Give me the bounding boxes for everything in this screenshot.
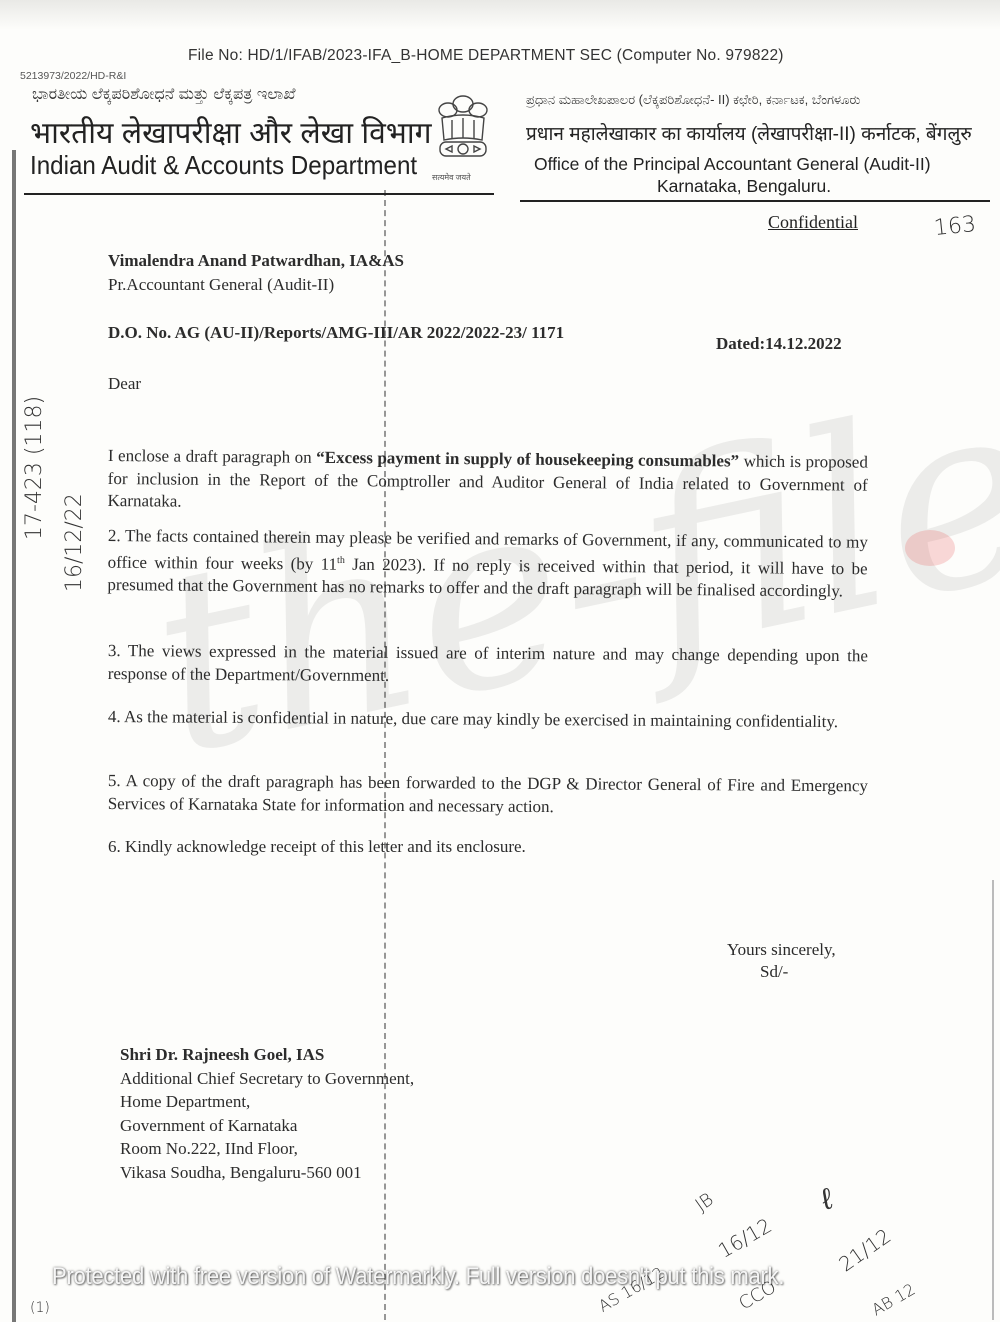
addressee-block: Shri Dr. Rajneesh Goel, IAS Additional C… bbox=[120, 1043, 414, 1184]
closing: Yours sincerely, bbox=[727, 940, 836, 960]
salutation: Dear bbox=[108, 374, 141, 394]
file-number: File No: HD/1/IFAB/2023-IFA_B-HOME DEPAR… bbox=[188, 47, 784, 65]
emblem-motto: सत्यमेव जयते bbox=[432, 172, 471, 183]
scan-right-edge bbox=[992, 880, 994, 1320]
office-city: Karnataka, Bengaluru. bbox=[657, 176, 831, 197]
handwritten-date: 21/12 bbox=[834, 1224, 895, 1277]
handwritten-initial: JB bbox=[692, 1189, 718, 1216]
addressee-line: Additional Chief Secretary to Government… bbox=[120, 1067, 414, 1091]
office-name-kannada: ಪ್ರಧಾನ ಮಹಾಲೇಖಪಾಲರ (ಲೆಕ್ಕಪರಿಶೋಧನೆ- II) ಕಛ… bbox=[526, 92, 860, 108]
office-name-hindi: प्रधान महालेखाकार का कार्यालय (लेखापरीक्… bbox=[526, 120, 972, 146]
department-name-kannada: ಭಾರತೀಯ ಲೆಕ್ಕಪರಿಶೋಧನೆ ಮತ್ತು ಲೆಕ್ಕಪತ್ರ ಇಲಾ… bbox=[32, 86, 296, 104]
handwritten-note: AB 12 bbox=[868, 1280, 918, 1320]
paragraph-2: 2. The facts contained therein may pleas… bbox=[107, 525, 868, 603]
department-name-hindi: भारतीय लेखापरीक्षा और लेखा विभाग bbox=[30, 111, 432, 152]
watermark-dot bbox=[905, 530, 955, 566]
office-name-english: Office of the Principal Accountant Gener… bbox=[534, 154, 931, 175]
sender-title: Pr.Accountant General (Audit-II) bbox=[108, 275, 334, 295]
signature: Sd/- bbox=[760, 962, 788, 982]
handwritten-margin-note: 17-423 (118) bbox=[22, 396, 47, 540]
addressee-line: Home Department, bbox=[120, 1090, 414, 1114]
handwritten-page-number: 163 bbox=[933, 212, 977, 241]
addressee-line: Vikasa Soudha, Bengaluru-560 001 bbox=[120, 1161, 414, 1185]
scan-left-edge bbox=[12, 150, 16, 1322]
do-number: D.O. No. AG (AU-II)/Reports/AMG-III/AR 2… bbox=[108, 323, 564, 343]
header-rule-left bbox=[24, 193, 494, 195]
handwritten-initial: ℓ bbox=[819, 1181, 835, 1217]
paragraph-3: 3. The views expressed in the material i… bbox=[108, 640, 868, 690]
handwritten-margin-date: 16/12/22 bbox=[62, 493, 87, 592]
addressee-line: Room No.222, IInd Floor, bbox=[120, 1137, 414, 1161]
handwritten-date: 16/12 bbox=[714, 1213, 776, 1263]
classification-label: Confidential bbox=[768, 212, 858, 233]
department-name-english: Indian Audit & Accounts Department bbox=[30, 150, 417, 181]
paragraph-1: I enclose a draft paragraph on “Excess p… bbox=[107, 445, 868, 519]
paragraph-5: 5. A copy of the draft paragraph has bee… bbox=[108, 770, 868, 820]
footer-watermark: Protected with free version of Watermark… bbox=[52, 1263, 784, 1291]
addressee-line: Government of Karnataka bbox=[120, 1114, 414, 1138]
handwritten-circle-number: (1) bbox=[30, 1300, 50, 1316]
header-rule-right bbox=[520, 200, 990, 202]
paragraph-subject: “Excess payment in supply of housekeepin… bbox=[316, 448, 739, 471]
inward-number: 5213973/2022/HD-R&I bbox=[20, 70, 126, 82]
addressee-name: Shri Dr. Rajneesh Goel, IAS bbox=[120, 1043, 414, 1067]
scan-top-edge bbox=[0, 0, 1000, 30]
paragraph-1-intro: I enclose a draft paragraph on bbox=[108, 446, 316, 467]
sender-name: Vimalendra Anand Patwardhan, IA&AS bbox=[108, 251, 404, 271]
paragraph-4: 4. As the material is confidential in na… bbox=[108, 706, 868, 734]
letter-date: Dated:14.12.2022 bbox=[716, 334, 842, 354]
paragraph-6: 6. Kindly acknowledge receipt of this le… bbox=[108, 836, 868, 859]
